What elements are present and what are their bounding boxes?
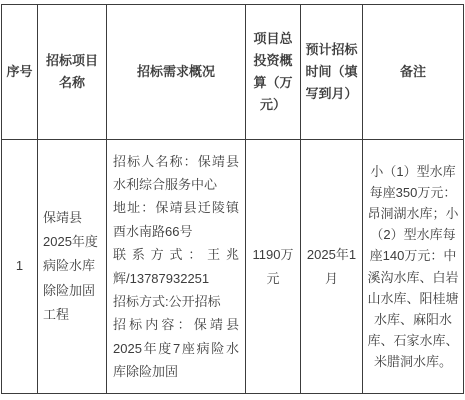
cell-remarks: 小（1）型水库每座350万元：昂洞湖水库；小（2）型水库每座140万元：中溪沟水… — [363, 140, 464, 394]
header-remarks: 备注 — [363, 5, 464, 140]
header-time: 预计招标时间（填写到月） — [301, 5, 363, 140]
requirement-line-bidder: 招标人名称：保靖县水利综合服务中心 — [113, 150, 239, 197]
requirement-line-contact: 联系方式：王兆辉/13787932251 — [113, 243, 239, 290]
header-seq: 序号 — [2, 5, 38, 140]
requirement-line-address: 地址：保靖县迁陵镇酉水南路66号 — [113, 196, 239, 243]
cell-seq: 1 — [2, 140, 38, 394]
cell-investment: 1190万元 — [246, 140, 301, 394]
cell-requirements: 招标人名称：保靖县水利综合服务中心 地址：保靖县迁陵镇酉水南路66号 联系方式：… — [107, 140, 246, 394]
cell-time: 2025年1月 — [301, 140, 363, 394]
requirement-line-content: 招标内容：保靖县2025年度7座病险水库除险加固 — [113, 313, 239, 383]
table-row: 1 保靖县2025年度病险水库除险加固工程 招标人名称：保靖县水利综合服务中心 … — [2, 140, 464, 394]
tender-announcement-table: 序号 招标项目名称 招标需求概况 项目总投资概算（万元） 预计招标时间（填写到月… — [1, 4, 464, 394]
requirement-line-method: 招标方式:公开招标 — [113, 290, 239, 313]
header-requirements: 招标需求概况 — [107, 5, 246, 140]
header-project-name: 招标项目名称 — [38, 5, 107, 140]
cell-project-name: 保靖县2025年度病险水库除险加固工程 — [38, 140, 107, 394]
table-header-row: 序号 招标项目名称 招标需求概况 项目总投资概算（万元） 预计招标时间（填写到月… — [2, 5, 464, 140]
header-investment: 项目总投资概算（万元） — [246, 5, 301, 140]
